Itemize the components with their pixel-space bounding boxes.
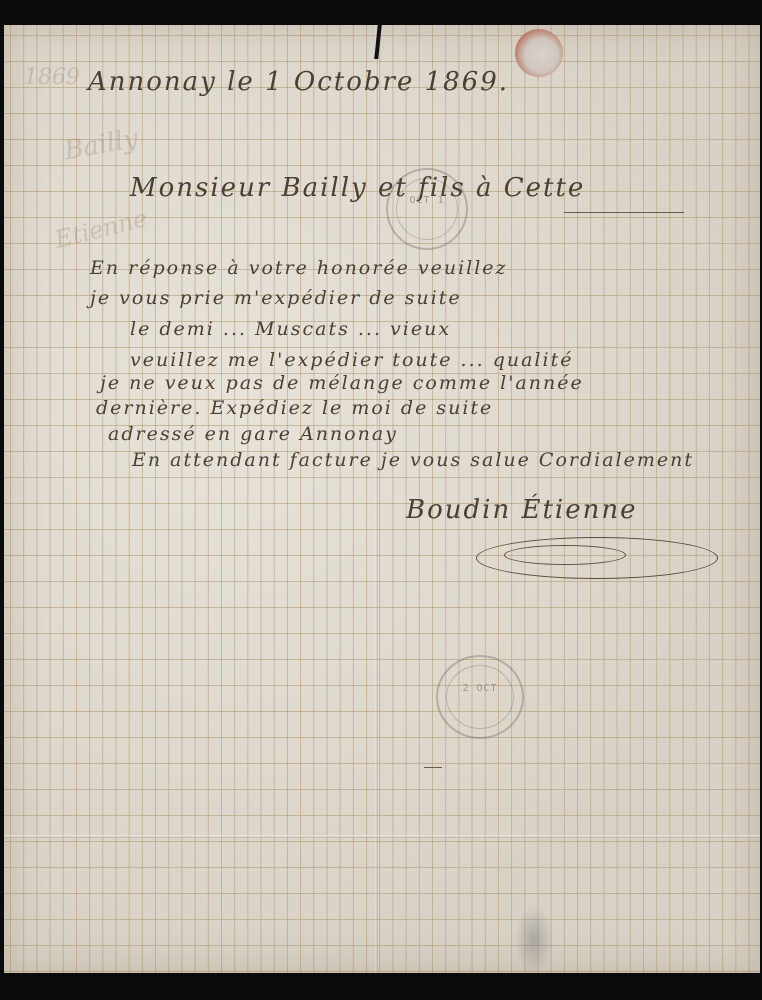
addressee-line: Monsieur Bailly et fils à Cette (130, 173, 585, 203)
body-line: adressé en gare Annonay (108, 423, 398, 445)
body-line: je ne veux pas de mélange comme l'année (100, 372, 584, 394)
vertical-fold (375, 25, 378, 973)
body-line: En attendant facture je vous salue Cordi… (132, 449, 694, 471)
ink-stain (514, 905, 554, 975)
signature: Boudin Étienne (406, 495, 637, 525)
wax-seal-icon (515, 29, 563, 77)
place-date-line: Annonay le 1 Octobre 1869. (88, 67, 509, 97)
body-line: dernière. Expédiez le moi de suite (96, 397, 493, 419)
horizontal-fold (4, 835, 760, 838)
signature-flourish (504, 545, 626, 565)
bleed-through-text: Etienne (52, 204, 150, 254)
body-line: En réponse à votre honorée veuillez (90, 257, 508, 279)
body-line: veuillez me l'expédier toute ... qualité (130, 349, 573, 371)
dash-mark (424, 767, 442, 768)
bleed-through-text: 1869 (24, 65, 80, 90)
body-line: le demi ... Muscats ... vieux (130, 318, 451, 340)
addressee-underline (564, 212, 684, 213)
postmark-stamp-icon: 2 OCT (436, 655, 524, 739)
letter-page: Bailly Etienne 1869 OCT 1 2 OCT Annonay … (4, 25, 760, 973)
body-line: je vous prie m'expédier de suite (90, 287, 462, 309)
bleed-through-text: Bailly (62, 124, 140, 166)
